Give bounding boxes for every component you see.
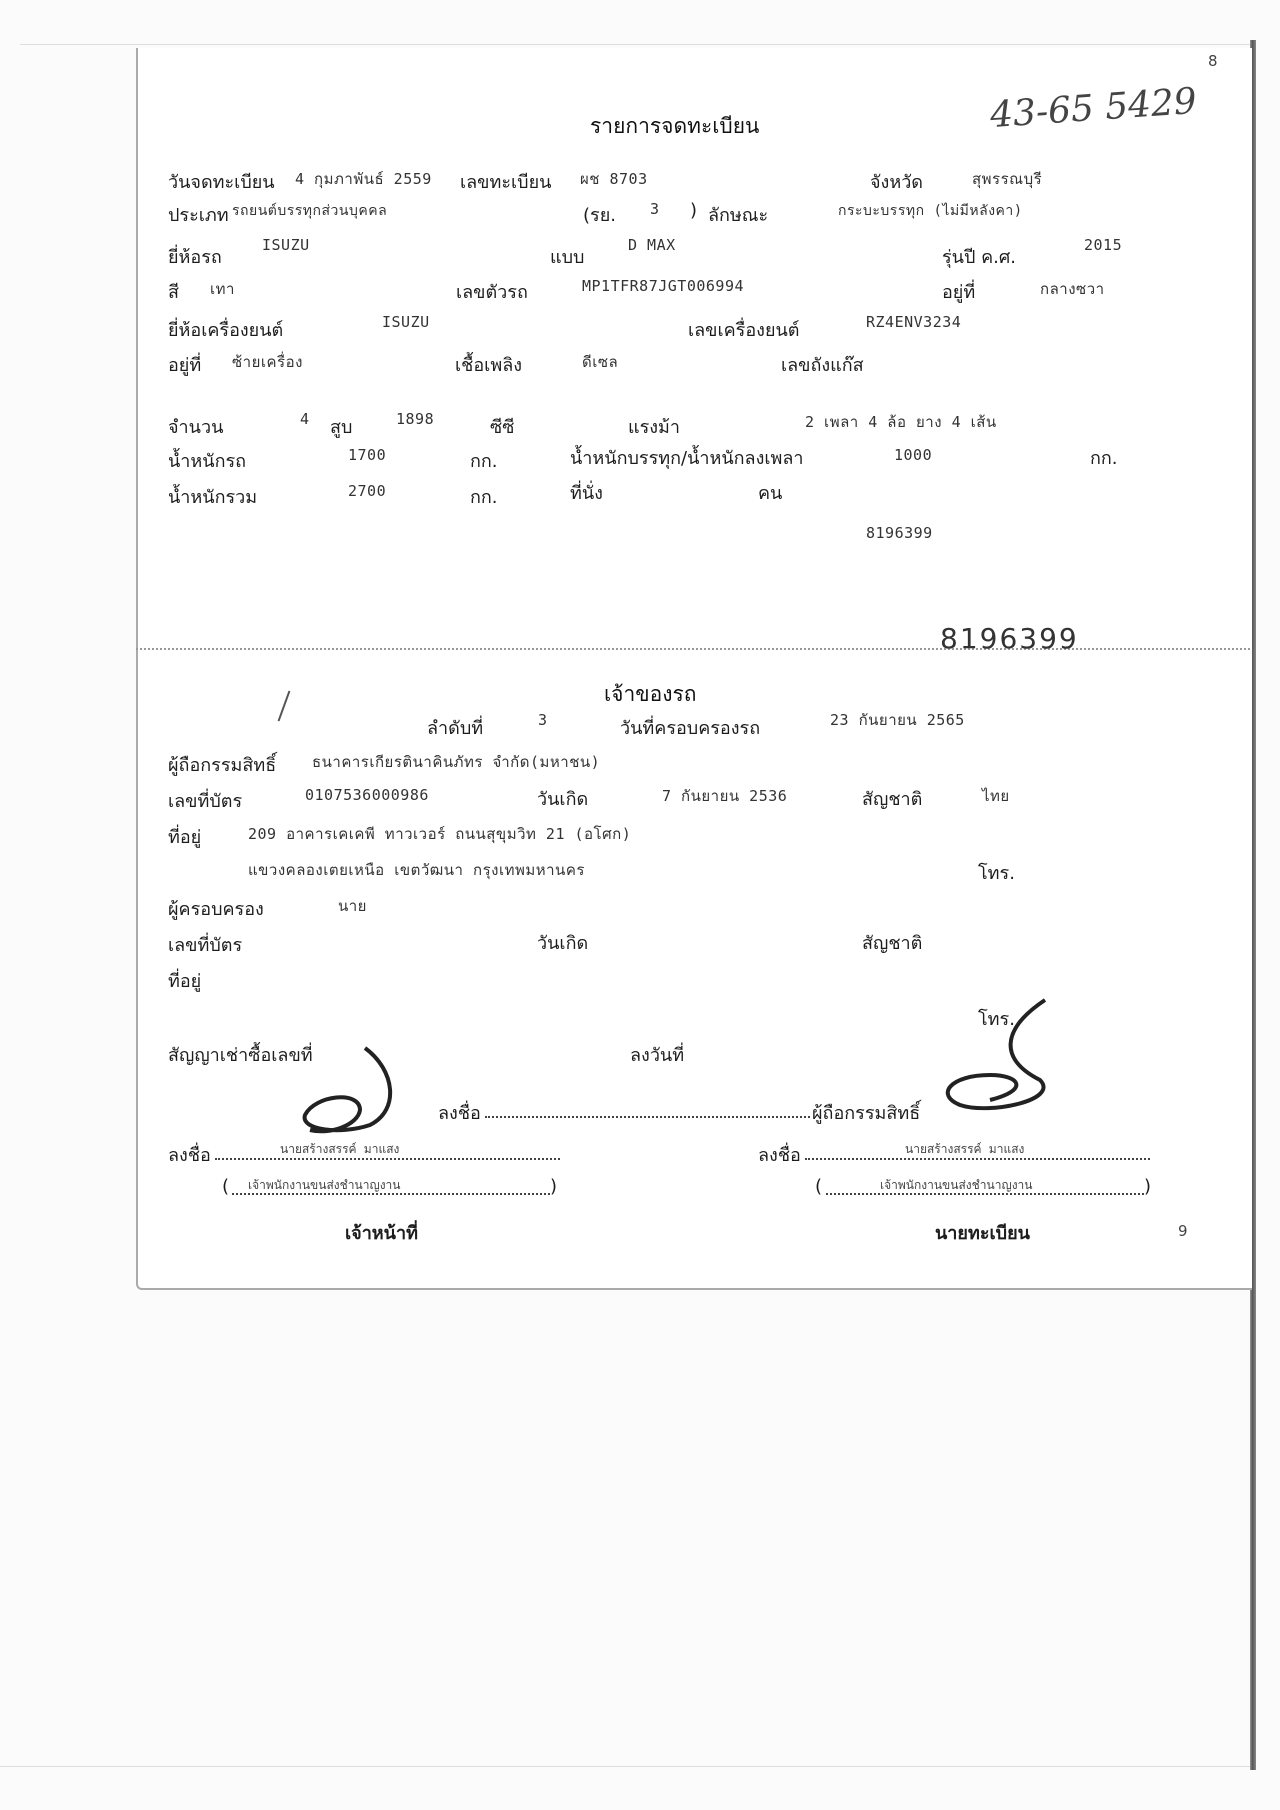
brand-label: ยี่ห้อรถ xyxy=(168,242,222,271)
chassis-label: เลขตัวรถ xyxy=(456,277,528,306)
plate-label: เลขทะเบียน xyxy=(460,167,551,196)
order-value: 3 xyxy=(538,711,548,729)
owner-dob-label: วันเกิด xyxy=(537,784,588,813)
year-label: รุ่นปี ค.ศ. xyxy=(942,242,1016,271)
right-signer-name: นายสร้างสรรค์ มาแสง xyxy=(905,1140,1024,1159)
left-signer-position: เจ้าพนักงานขนส่งชำนาญงาน xyxy=(248,1176,401,1195)
cc-unit: ซีซี xyxy=(490,412,514,441)
owner-dob-value: 7 กันยายน 2536 xyxy=(662,784,787,808)
weight-value: 1700 xyxy=(348,446,386,464)
ry-label: (รย. xyxy=(583,200,616,229)
possessor-id-label: เลขที่บัตร xyxy=(168,930,242,959)
owner-sign-suffix: ผู้ถือกรรมสิทธิ์ xyxy=(812,1098,920,1127)
possession-date-value: 23 กันยายน 2565 xyxy=(830,708,965,732)
owner-address-line2: แขวงคลองเตยเหนือ เขตวัฒนา กรุงเทพมหานคร xyxy=(248,858,585,882)
type-value: รถยนต์บรรทุกส่วนบุคคล xyxy=(232,200,387,222)
owner-label: ผู้ถือกรรมสิทธิ์ xyxy=(168,750,276,779)
body-value: กระบะบรรทุก (ไม่มีหลังคา) xyxy=(838,200,1023,222)
scan-top-edge xyxy=(20,44,1250,45)
left-signer-role: เจ้าหน้าที่ xyxy=(345,1218,418,1247)
page-number-bottom: 9 xyxy=(1178,1222,1188,1240)
order-label: ลำดับที่ xyxy=(427,713,483,742)
engine-no-label: เลขเครื่องยนต์ xyxy=(688,315,800,344)
fuel-label: เชื้อเพลิง xyxy=(455,350,522,379)
gross-weight-label: น้ำหนักรวม xyxy=(168,482,257,511)
right-signer-role: นายทะเบียน xyxy=(935,1218,1030,1247)
owner-phone-label: โทร. xyxy=(978,858,1015,887)
ry-value: 3 xyxy=(650,200,660,218)
possessor-address-label: ที่อยู่ xyxy=(168,966,201,995)
load-label: น้ำหนักบรรทุก/น้ำหนักลงเพลา xyxy=(570,443,804,472)
province-value: สุพรรณบุรี xyxy=(972,167,1042,191)
color-value: เทา xyxy=(210,277,235,301)
left-sign-label: ลงชื่อ xyxy=(168,1140,211,1169)
weight-unit: กก. xyxy=(470,446,498,475)
cylinder-unit: สูบ xyxy=(330,412,352,441)
left-paren-close: ) xyxy=(550,1176,557,1197)
chassis-loc-label: อยู่ที่ xyxy=(942,277,975,306)
right-paren-close: ) xyxy=(1144,1176,1151,1197)
owner-value: ธนาคารเกียรตินาคินภัทร จำกัด(มหาชน) xyxy=(312,750,600,774)
serial-large: 8196399 xyxy=(940,622,1079,655)
gas-tank-label: เลขถังแก๊ส xyxy=(781,350,864,379)
gross-weight-unit: กก. xyxy=(470,482,498,511)
brand-value: ISUZU xyxy=(262,236,310,254)
right-paren-open: ( xyxy=(815,1176,822,1197)
possessor-label: ผู้ครอบครอง xyxy=(168,894,264,923)
engine-loc-value: ซ้ายเครื่อง xyxy=(232,350,303,374)
sign-date-label: ลงวันที่ xyxy=(630,1040,684,1069)
owner-nationality-value: ไทย xyxy=(982,784,1010,808)
plate-value: ผช 8703 xyxy=(580,167,648,191)
model-label: แบบ xyxy=(550,242,584,271)
left-signer-name: นายสร้างสรรค์ มาแสง xyxy=(280,1140,399,1159)
owner-nationality-label: สัญชาติ xyxy=(862,784,922,813)
chassis-value: MP1TFR87JGT006994 xyxy=(582,277,744,295)
owner-address-label: ที่อยู่ xyxy=(168,822,201,851)
type-label: ประเภท xyxy=(168,200,229,229)
color-label: สี xyxy=(168,277,179,306)
seats-unit: คน xyxy=(758,478,782,507)
body-label: ลักษณะ xyxy=(708,200,768,229)
cc-value: 1898 xyxy=(396,410,434,428)
registration-title: รายการจดทะเบียน xyxy=(590,110,759,143)
weight-label: น้ำหนักรถ xyxy=(168,446,246,475)
model-value: D MAX xyxy=(628,236,676,254)
owner-id-label: เลขที่บัตร xyxy=(168,786,242,815)
owner-address-line1: 209 อาคารเคเคพี ทาวเวอร์ ถนนสุขุมวิท 21 … xyxy=(248,822,631,846)
cylinder-label: จำนวน xyxy=(168,412,223,441)
chassis-loc-value: กลางซวา xyxy=(1040,277,1105,301)
gross-weight-value: 2700 xyxy=(348,482,386,500)
perforation-line xyxy=(136,648,1250,650)
signature-right xyxy=(930,990,1060,1120)
seats-label: ที่นั่ง xyxy=(570,478,603,507)
engine-loc-label: อยู่ที่ xyxy=(168,350,201,379)
scan-bottom-edge xyxy=(0,1766,1250,1767)
possessor-nationality-label: สัญชาติ xyxy=(862,928,922,957)
ry-close: ) xyxy=(690,200,697,221)
possessor-dob-label: วันเกิด xyxy=(537,928,588,957)
province-label: จังหวัด xyxy=(870,167,923,196)
reg-date-value: 4 กุมภาพันธ์ 2559 xyxy=(295,167,432,191)
engine-brand-label: ยี่ห้อเครื่องยนต์ xyxy=(168,315,283,344)
owner-sign-line xyxy=(485,1116,810,1118)
horsepower-label: แรงม้า xyxy=(628,412,680,441)
signature-left xyxy=(290,1040,420,1140)
year-value: 2015 xyxy=(1084,236,1122,254)
left-paren-open: ( xyxy=(222,1176,229,1197)
reg-date-label: วันจดทะเบียน xyxy=(168,167,275,196)
page-number-top: 8 xyxy=(1208,52,1218,70)
owner-sign-label: ลงชื่อ xyxy=(438,1098,481,1127)
owner-title: เจ้าของรถ xyxy=(604,678,697,711)
right-signer-position: เจ้าพนักงานขนส่งชำนาญงาน xyxy=(880,1176,1033,1195)
load-unit: กก. xyxy=(1090,443,1118,472)
load-value: 1000 xyxy=(894,446,932,464)
engine-no-value: RZ4ENV3234 xyxy=(866,313,961,331)
fuel-value: ดีเซล xyxy=(582,350,618,374)
engine-brand-value: ISUZU xyxy=(382,313,430,331)
owner-id-value: 0107536000986 xyxy=(305,786,429,804)
possession-date-label: วันที่ครอบครองรถ xyxy=(620,713,760,742)
possessor-value: นาย xyxy=(338,894,367,918)
right-sign-label: ลงชื่อ xyxy=(758,1140,801,1169)
cylinder-value: 4 xyxy=(300,410,310,428)
axles-value: 2 เพลา 4 ล้อ ยาง 4 เส้น xyxy=(805,410,997,434)
serial-small: 8196399 xyxy=(866,524,933,542)
